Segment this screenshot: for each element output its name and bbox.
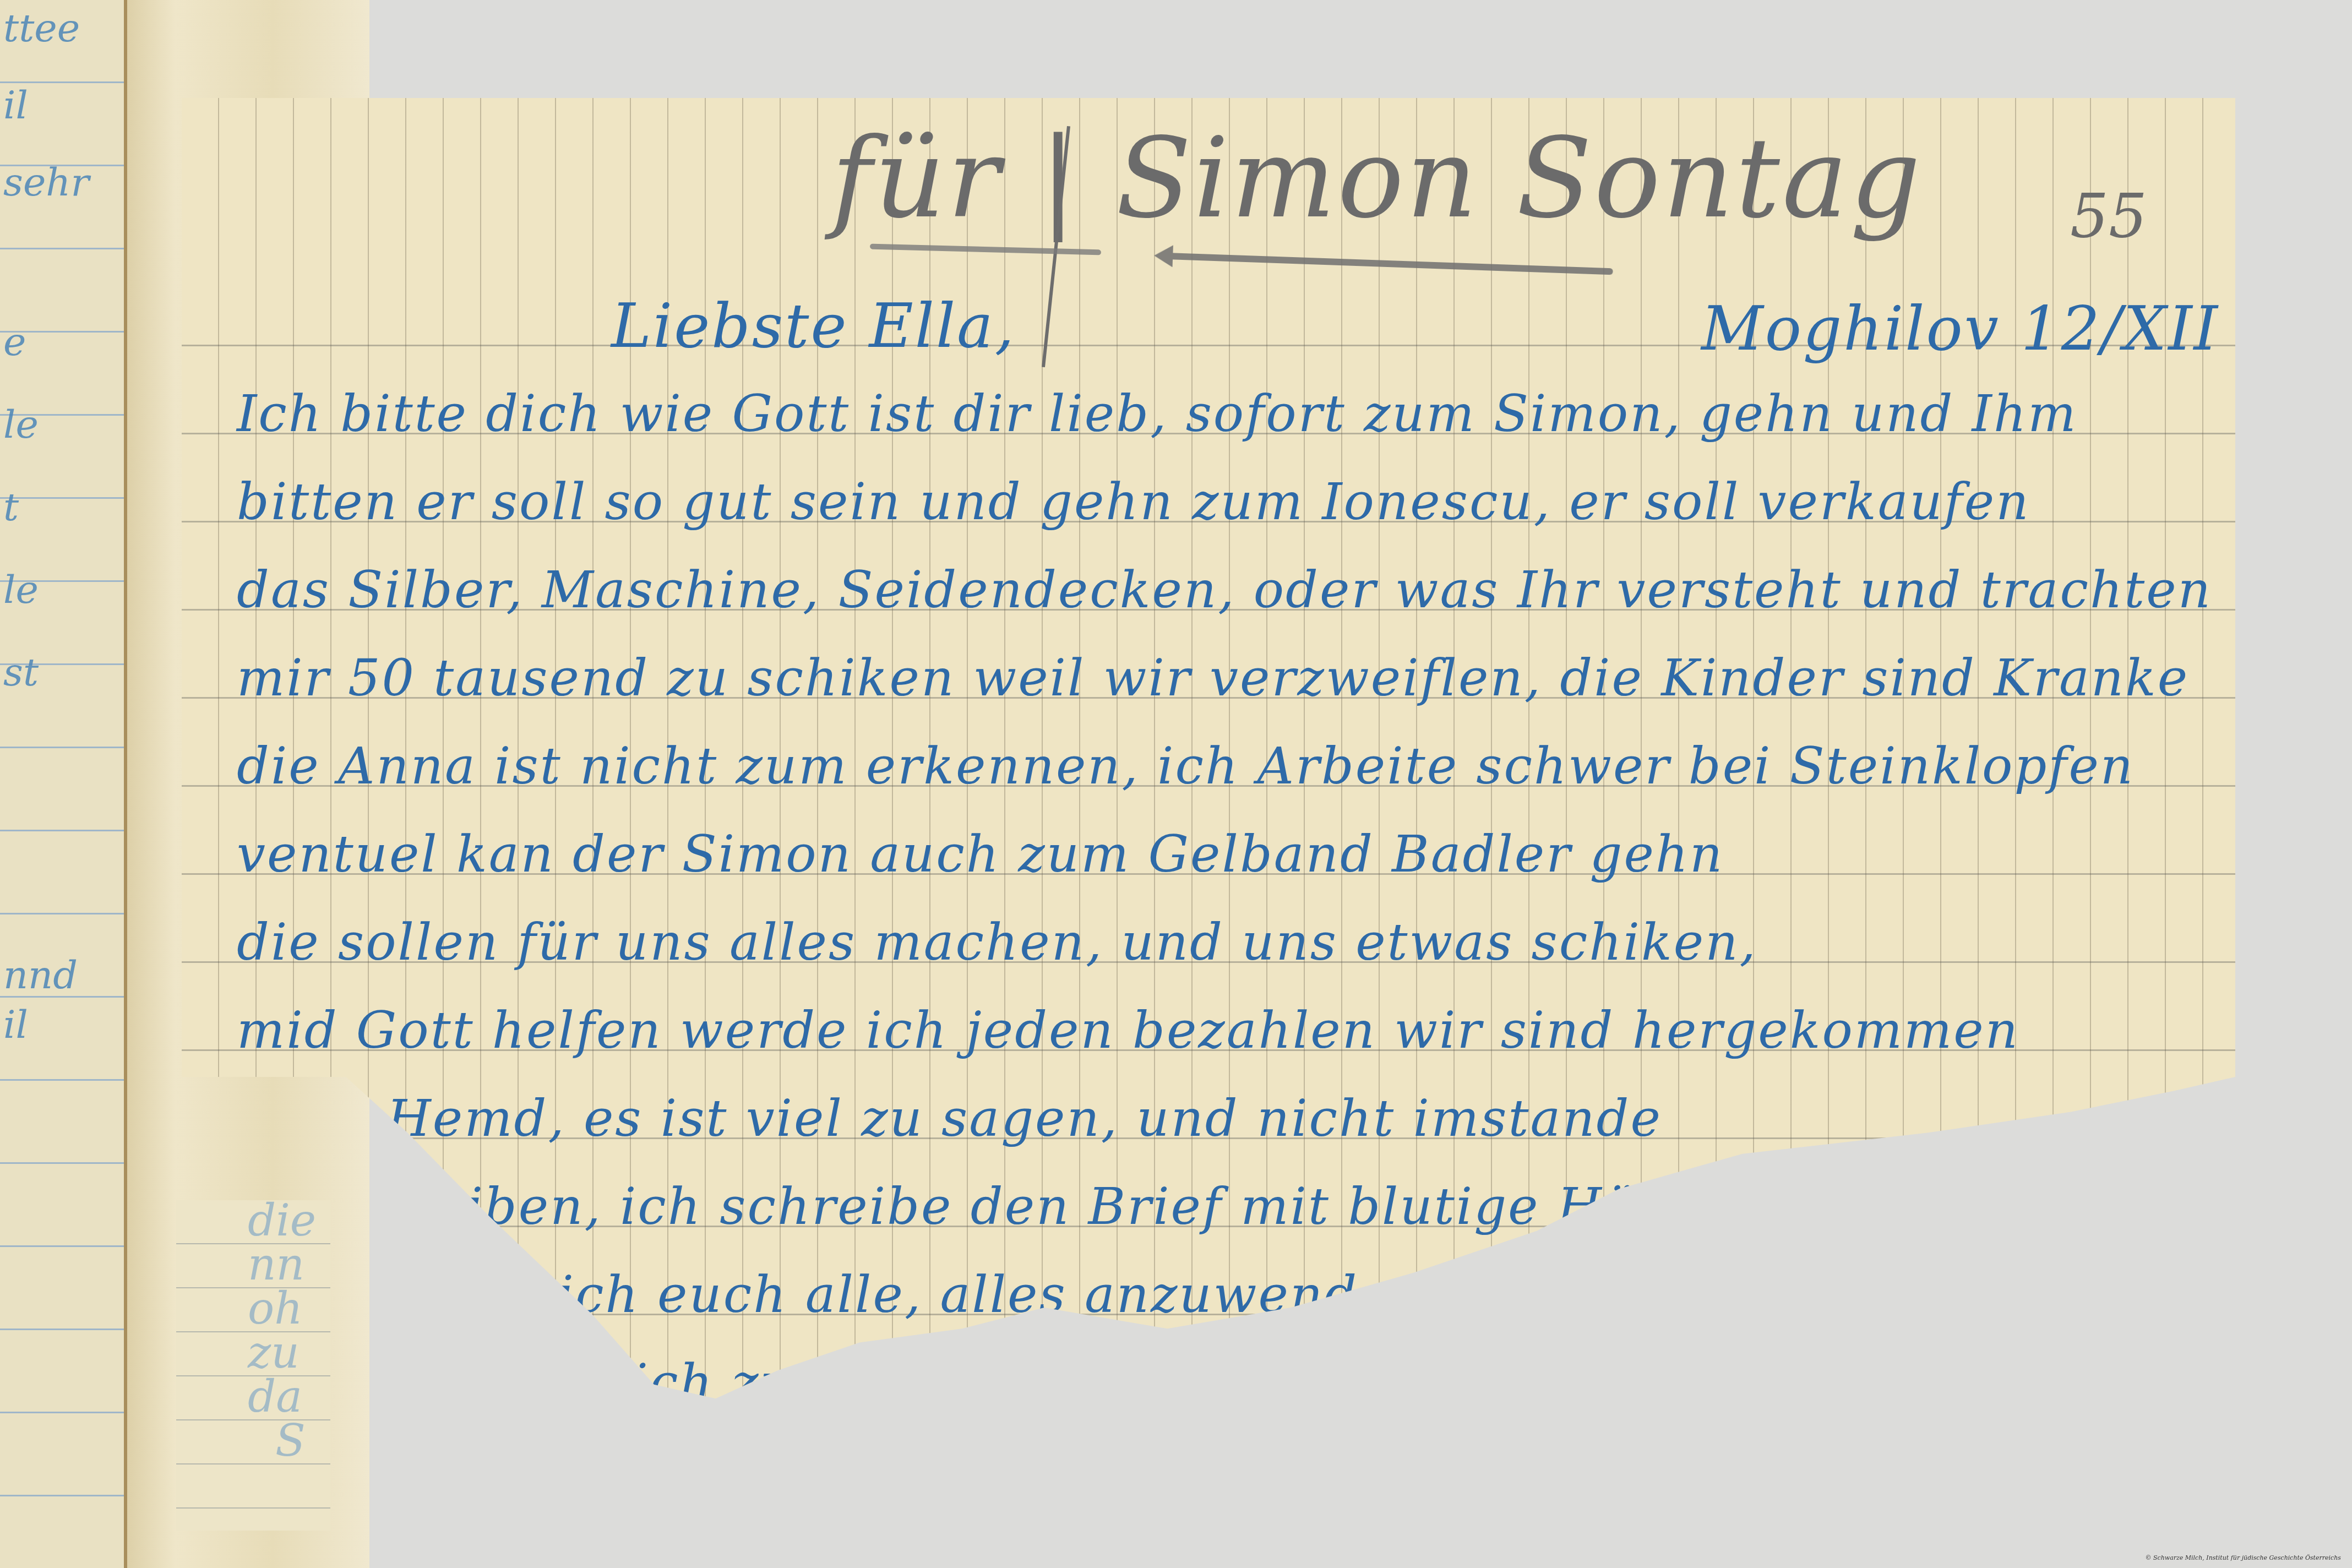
copyright-credit: © Schwarze Milch, Institut für jüdische …	[2145, 1554, 2341, 1561]
letter-line: Simon behilflich zu sein, und alles durc…	[270, 1353, 1563, 1412]
underlying-sheet-fragment: die nn oh zu da S	[176, 1200, 330, 1531]
left-page-word: il	[3, 83, 28, 128]
left-page-word: e	[3, 319, 26, 364]
letter-line: das Silber, Maschine, Seidendecken, oder…	[237, 560, 2212, 619]
salutation: Liebste Ella,	[611, 291, 1016, 361]
letter-line: die sollen für uns alles machen, und uns…	[237, 913, 1757, 972]
left-page-word: ttee	[3, 6, 80, 51]
pencil-header-annotation: für | Simon Sontag	[831, 115, 1923, 243]
left-page-word: le	[3, 402, 39, 447]
pencil-underline-stroke	[870, 244, 1101, 255]
letter-line: zu schreiben, ich schreibe den Brief mit…	[237, 1177, 1735, 1236]
left-page-word: sehr	[3, 160, 89, 205]
letter-line: daher bitte ich euch alle, alles anzuwen…	[237, 1265, 1844, 1324]
ruled-line	[182, 1402, 2235, 1403]
left-page-word: t	[3, 484, 19, 530]
letter-line: mid Gott helfen werde ich jeden bezahlen…	[237, 1001, 2019, 1060]
letter-line: bitten er soll so gut sein und gehn zum …	[237, 472, 2030, 531]
letter-line: Ich bitte dich wie Gott ist dir lieb, so…	[237, 384, 2077, 443]
under-sheet-word: S	[275, 1415, 306, 1466]
letter-sheet: für | Simon Sontag 55 Liebste Ella, Mogh…	[182, 98, 2235, 1496]
left-page-word: nnd	[3, 952, 78, 998]
letter-line: die Anna ist nicht zum erkennen, ich Arb…	[237, 737, 2135, 796]
pencil-arrow-icon	[1162, 253, 1613, 275]
left-page-word: le	[3, 567, 39, 612]
place-date: Moghilov 12/XII	[1701, 293, 2219, 364]
letter-line: mir 50 tausend zu schiken weil wir verzw…	[237, 649, 2189, 707]
left-page-fragment: ttee il sehr e le t le st nnd il	[0, 0, 127, 1568]
letter-line: ohne Hemd, es ist viel zu sagen, und nic…	[237, 1089, 1662, 1148]
left-page-word: il	[3, 1002, 28, 1047]
page-number: 55	[2070, 181, 2147, 251]
letter-line: ventuel kan der Simon auch zum Gelband B…	[237, 825, 1724, 884]
left-page-word: st	[3, 650, 39, 695]
